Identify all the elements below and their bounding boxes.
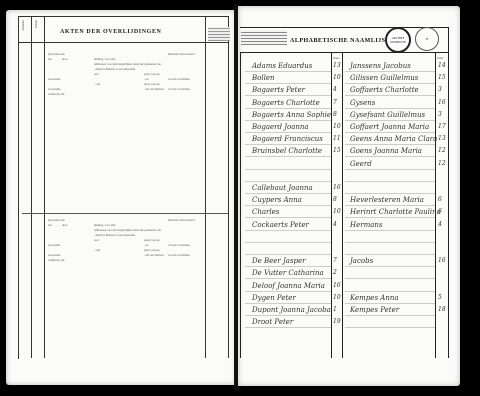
record-number: 10 (333, 74, 341, 81)
record-number: 10 (333, 208, 341, 215)
surname-entry: Jacobs (350, 257, 373, 265)
record-number: 15 (438, 74, 446, 81)
seal-stamp-icon: ✠ (415, 27, 439, 51)
record-number: 2 (333, 269, 337, 276)
surname-entry: Bruinsbel Charlotte (252, 147, 322, 155)
record-number: 8 (333, 111, 337, 118)
row-rule (345, 278, 435, 279)
column-rule (18, 16, 19, 358)
row-rule (345, 71, 435, 72)
row-rule (245, 303, 331, 304)
surname-entry: Geerd (350, 160, 372, 168)
record-number: 15 (333, 147, 341, 154)
surname-entry: Kempes Peter (350, 306, 399, 314)
surname-entry: Deloof Joanna Maria (252, 282, 325, 290)
column-rule (342, 53, 343, 358)
surname-entry: Bogaerts Charlotte (252, 99, 320, 107)
row-rule (345, 83, 435, 84)
right-page-title: ALPHABETISCHE NAAMLIJST. (290, 38, 392, 44)
row-rule (345, 156, 435, 157)
record-number: 19 (333, 318, 341, 325)
column-header-date: Datum (35, 20, 38, 28)
row-rule (245, 144, 331, 145)
header-rule (18, 42, 228, 43)
record-number: 6 (438, 196, 442, 203)
surname-entry: Bogaerd Franciscus (252, 135, 323, 143)
row-rule (245, 108, 331, 109)
form-line: verklaard, dat (48, 258, 208, 263)
record-separator (22, 213, 228, 214)
surname-entry: Droot Peter (252, 318, 293, 326)
surname-entry: Geens Anna Maria Clara (350, 135, 437, 143)
row-rule (245, 169, 331, 170)
record-number: 6 (438, 208, 442, 215)
column-header-num: Num. (333, 56, 340, 60)
column-header-num: Num. (437, 56, 444, 60)
surname-entry: Dygen Peter (252, 294, 296, 302)
death-record-form-2: Op heden denDuizend acht honderdtenurenm… (48, 218, 208, 263)
row-rule (345, 291, 435, 292)
column-header-number: Nummer (22, 20, 25, 31)
row-rule (245, 181, 331, 182)
column-rule (228, 16, 229, 358)
column-rule (331, 53, 332, 358)
record-number: 4 (438, 221, 442, 228)
surname-entry: Goens Joanna Maria (350, 147, 422, 155)
row-rule (345, 108, 435, 109)
record-number: 4 (333, 86, 337, 93)
row-rule (345, 205, 435, 206)
column-rule (435, 53, 436, 358)
record-number: 14 (438, 62, 446, 69)
surname-entry: Gysens (350, 99, 375, 107)
row-rule (345, 230, 435, 231)
surname-entry: Bogaerts Peter (252, 86, 305, 94)
surname-entry: Gilissen Guillelmus (350, 74, 418, 82)
surname-entry: Hermans (350, 221, 383, 229)
row-rule (245, 217, 331, 218)
form-text: verklaard, dat (48, 258, 65, 263)
row-rule (345, 217, 435, 218)
surname-entry: Goffaert Joanna Maria (350, 123, 429, 131)
row-rule (345, 120, 435, 121)
row-rule (245, 132, 331, 133)
row-rule (345, 144, 435, 145)
surname-entry: Cockaerts Peter (252, 221, 309, 229)
left-page-title: AKTEN DER OVERLIJDINGEN (60, 29, 161, 35)
record-number: 3 (438, 86, 442, 93)
row-rule (245, 230, 331, 231)
row-rule (245, 327, 331, 328)
row-rule (345, 193, 435, 194)
row-rule (345, 315, 435, 316)
surname-entry: Bollen (252, 74, 275, 82)
column-rule (448, 27, 449, 358)
row-rule (245, 71, 331, 72)
row-rule (345, 181, 435, 182)
row-rule (345, 169, 435, 170)
surname-entry: Goffaerts Charlotte (350, 86, 419, 94)
surname-entry: Janssens Jacobus (350, 62, 411, 70)
surname-entry: Gysefsant Guillelmus (350, 111, 425, 119)
surname-entry: Herinrt Charlotte Paulina (350, 208, 441, 216)
record-number: 17 (438, 123, 446, 130)
row-rule (245, 278, 331, 279)
surname-entry: De Beer Jasper (252, 257, 306, 265)
record-number: 16 (333, 184, 341, 191)
record-number: 8 (333, 196, 337, 203)
row-rule (345, 254, 435, 255)
row-rule (245, 254, 331, 255)
printed-notice (241, 30, 287, 45)
record-number: 11 (333, 135, 341, 142)
record-number: 7 (333, 257, 337, 264)
row-rule (345, 95, 435, 96)
record-number: 4 (333, 221, 337, 228)
row-rule (245, 242, 331, 243)
surname-entry: Bogaerts Anna Sophie (252, 111, 331, 119)
record-number: 1 (333, 306, 337, 313)
column-rule (240, 53, 241, 358)
surname-entry: Cuypers Anna (252, 196, 302, 204)
header-rule (240, 52, 448, 53)
printed-notice (208, 27, 230, 41)
row-rule (245, 205, 331, 206)
row-rule (245, 315, 331, 316)
row-rule (245, 266, 331, 267)
form-line: verklaard, dat (48, 92, 208, 97)
record-number: 12 (438, 147, 446, 154)
surname-entry: Charles (252, 208, 279, 216)
record-number: 16 (438, 99, 446, 106)
death-record-form-1: Op heden denDuizend acht honderdtenurenm… (48, 52, 208, 97)
row-rule (245, 120, 331, 121)
row-rule (345, 327, 435, 328)
surname-entry: Dupont Joanna Jacoba (252, 306, 331, 314)
row-rule (245, 193, 331, 194)
row-rule (345, 303, 435, 304)
row-rule (245, 83, 331, 84)
column-rule (31, 16, 32, 358)
row-rule (245, 291, 331, 292)
row-rule (345, 266, 435, 267)
row-rule (345, 132, 435, 133)
row-rule (245, 156, 331, 157)
surname-entry: De Vutter Catharina (252, 269, 324, 277)
record-number: 7 (333, 99, 337, 106)
header-top-rule (240, 27, 448, 28)
surname-entry: Callebaut Joanna (252, 184, 313, 192)
record-number: 18 (438, 306, 446, 313)
column-rule (44, 16, 45, 358)
record-number: 3 (438, 111, 442, 118)
record-number: 10 (333, 123, 341, 130)
record-number: 16 (438, 257, 446, 264)
record-number: 13 (438, 135, 446, 142)
surname-entry: Bogaerd Joanna (252, 123, 309, 131)
record-number: 12 (438, 160, 446, 167)
surname-entry: Heverlesteren Maria (350, 196, 424, 204)
record-number: 16 (333, 282, 341, 289)
record-number: 5 (438, 294, 442, 301)
surname-entry: Adams Eduardus (252, 62, 312, 70)
row-rule (245, 95, 331, 96)
record-number: 10 (333, 294, 341, 301)
row-rule (345, 242, 435, 243)
form-text: verklaard, dat (48, 92, 65, 97)
record-number: 13 (333, 62, 341, 69)
archive-stamp-icon: ARCHIEF GEMEENTE (385, 27, 411, 53)
surname-entry: Kempes Anna (350, 294, 399, 302)
